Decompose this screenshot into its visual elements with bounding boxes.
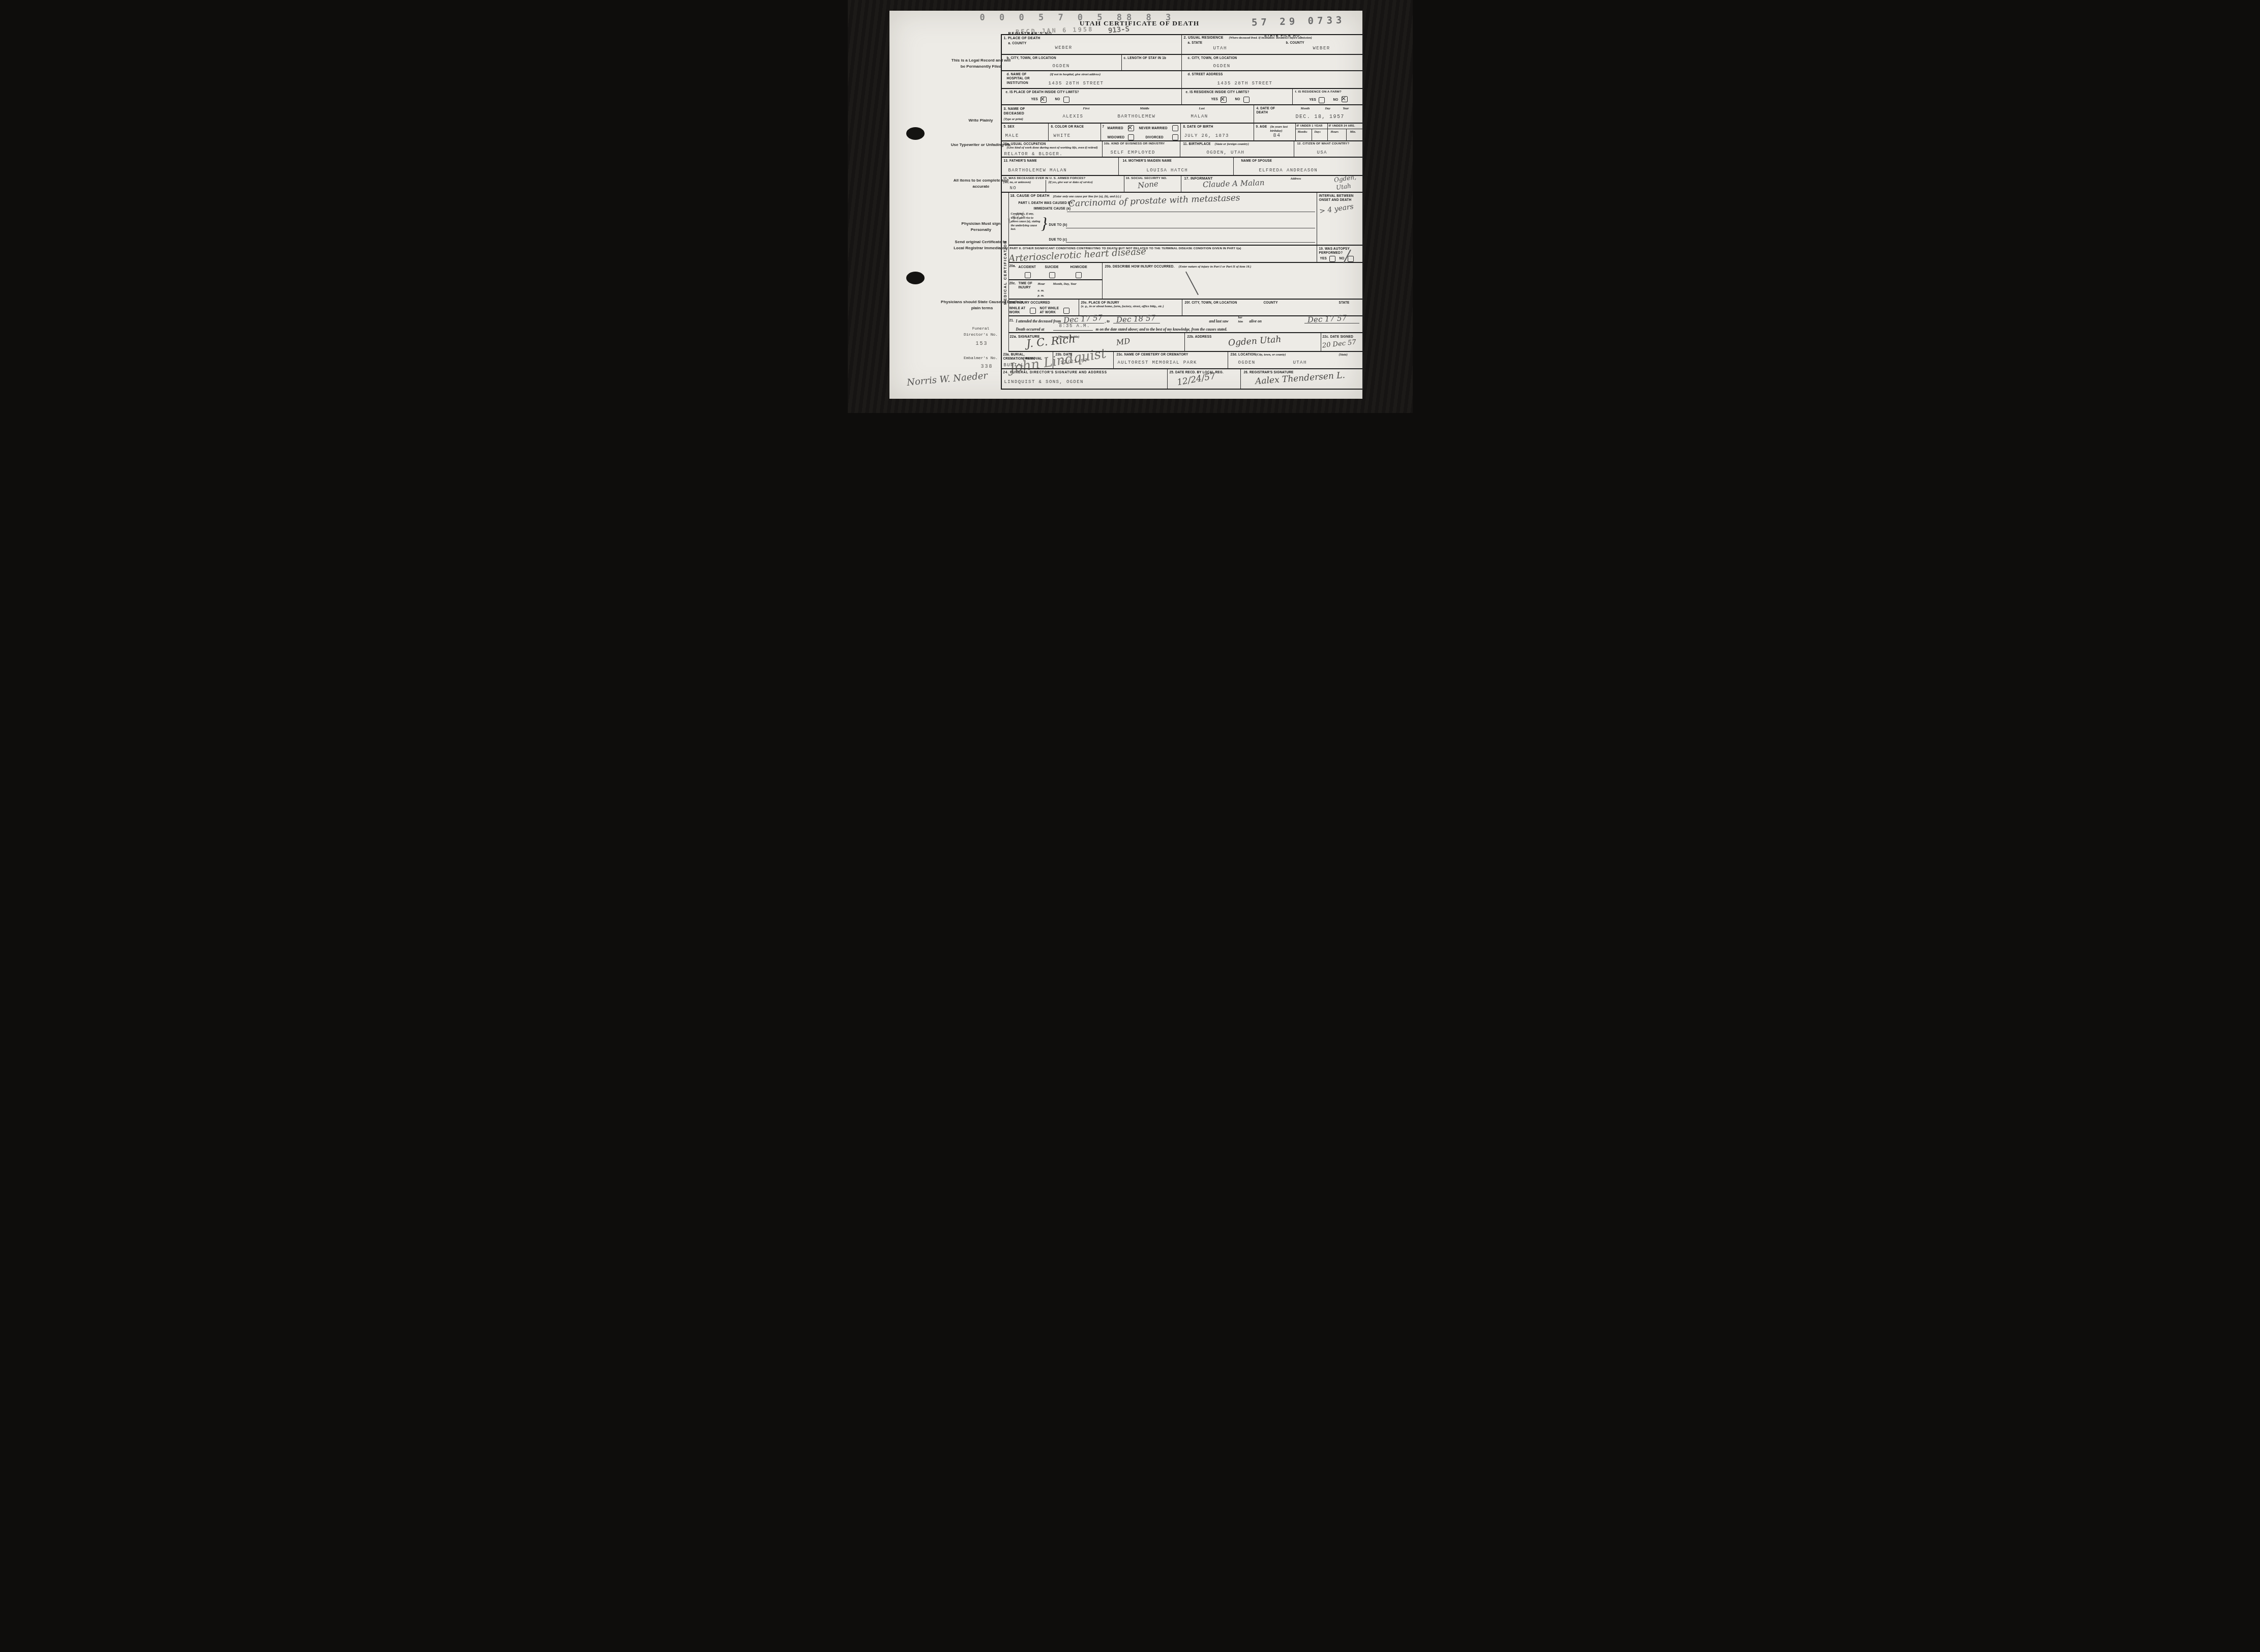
field-2d: d. STREET ADDRESS 1435 28TH STREET xyxy=(1182,71,1362,89)
field-1c: c. LENGTH OF STAY IN 1b xyxy=(1122,55,1182,71)
field-2f-yes-label: YES xyxy=(1310,98,1316,102)
field-7-widowed-checkbox xyxy=(1128,134,1134,140)
field-21-time-value: 8:35 A.M. xyxy=(1059,323,1090,329)
field-20a: 20a. ACCIDENT SUICIDE HOMICIDE xyxy=(1008,263,1103,280)
field-21-text6: m on the date stated above; and to the b… xyxy=(1096,327,1228,332)
field-15-hint1: (Yes, no, or unknown) xyxy=(1003,181,1031,184)
field-20b-label: 20b. DESCRIBE HOW INJURY OCCURRED. xyxy=(1105,265,1175,269)
field-18-interval: INTERVAL BETWEEN ONSET AND DEATH > 4 yea… xyxy=(1317,193,1362,246)
field-20c: 20c. TIME OF INJURY Hour Month, Day, Yea… xyxy=(1008,280,1103,300)
interval-value-handwritten: > 4 years xyxy=(1319,202,1354,215)
field-23d-location: 23d. LOCATION (City, town, or county) (S… xyxy=(1228,352,1362,369)
field-21-text3: and last saw xyxy=(1209,319,1229,323)
scanned-document: 0 0 0 5 7 0 5 88 8 3 RECD JAN 6 1958 REG… xyxy=(848,0,1413,413)
field-2a-value: UTAH xyxy=(1213,46,1227,51)
field-1e-no-checkbox xyxy=(1063,97,1069,103)
field-2e: e. IS RESIDENCE INSIDE CITY LIMITS? YES … xyxy=(1182,89,1293,105)
field-14-label: 14. MOTHER'S MAIDEN NAME xyxy=(1123,159,1172,163)
field-20e-hint: (e. g., in or about home, farm, factory,… xyxy=(1081,305,1178,309)
field-15-hint2: (If yes, give war or dates of service) xyxy=(1049,181,1093,184)
field-5-label: 5. SEX xyxy=(1004,125,1015,129)
funeral-director-no-value: 153 xyxy=(976,340,988,348)
field-6-label: 6. COLOR OR RACE xyxy=(1051,125,1084,129)
field-19-no-label: NO xyxy=(1340,257,1345,260)
field-8-label: 8. DATE OF BIRTH xyxy=(1183,125,1213,129)
field-18a-line xyxy=(1067,212,1315,212)
field-9-under-24-hrs: IF UNDER 24 HRS. Hours Min. xyxy=(1328,124,1362,141)
field-1d-label: d. NAME OF HOSPITAL OR INSTITUTION xyxy=(1007,73,1043,85)
field-17-informant: 17. INFORMANT Address Claude A Malan Ogd… xyxy=(1181,176,1362,193)
field-10a-occupation: 10a. USUAL OCCUPATION (Give kind of work… xyxy=(1002,141,1103,158)
field-10a-value: RELATOR & BLDGER. xyxy=(1004,152,1063,157)
field-1a-label: a. COUNTY xyxy=(1008,42,1027,45)
interval-label: INTERVAL BETWEEN ONSET AND DEATH xyxy=(1319,194,1359,203)
field-11-hint: (State or foreign country) xyxy=(1215,142,1249,146)
field-2d-label: d. STREET ADDRESS xyxy=(1188,73,1223,76)
field-1e-yes-checkbox xyxy=(1040,97,1047,103)
certificate-title: UTAH CERTIFICATE OF DEATH xyxy=(1068,19,1211,27)
field-20b: 20b. DESCRIBE HOW INJURY OCCURRED. (Ente… xyxy=(1103,263,1362,300)
field-20f-state-label: STATE xyxy=(1339,301,1350,305)
field-21-her-label: her xyxy=(1238,316,1242,319)
under-24-hrs-min-label: Min. xyxy=(1350,131,1356,134)
punch-hole-top xyxy=(906,127,925,140)
field-20f-label: 20f. CITY, TOWN, OR LOCATION xyxy=(1185,301,1237,305)
field-20d-label: 20d. INJURY OCCURRED xyxy=(1009,301,1050,305)
field-14-value: LOUISA HATCH xyxy=(1147,168,1188,173)
field-1-title: 1. PLACE OF DEATH xyxy=(1004,37,1040,40)
field-21-time-line xyxy=(1053,330,1093,331)
field-18c-label: DUE TO (c) xyxy=(1049,238,1067,242)
physician-degree-handwritten: MD xyxy=(1115,336,1131,347)
field-2d-value: 1435 28TH STREET xyxy=(1217,81,1273,86)
field-20c-am-label: a. m. xyxy=(1038,289,1045,292)
field-18c-line xyxy=(1066,242,1315,243)
field-1e: e. IS PLACE OF DEATH INSIDE CITY LIMITS?… xyxy=(1002,89,1182,105)
field-3-first-header: First xyxy=(1083,107,1090,110)
field-2b-label: b. COUNTY xyxy=(1286,41,1304,45)
field-part2: PART II. OTHER SIGNIFICANT CONDITIONS CO… xyxy=(1008,246,1317,263)
field-26-registrar-signature: 26. REGISTRAR'S SIGNATURE Aalex Thenders… xyxy=(1241,369,1362,389)
field-11-label: 11. BIRTHPLACE xyxy=(1183,142,1211,146)
field-13-value: BARTHOLEMEW MALAN xyxy=(1008,168,1067,173)
field-19-yes-label: YES xyxy=(1320,257,1327,260)
certificate-page: 0 0 0 5 7 0 5 88 8 3 RECD JAN 6 1958 REG… xyxy=(889,11,1362,399)
field-2e-label: e. IS RESIDENCE INSIDE CITY LIMITS? xyxy=(1186,91,1250,94)
field-20d-while-checkbox xyxy=(1030,308,1036,314)
field-18-label: 18. CAUSE OF DEATH xyxy=(1010,194,1050,198)
field-1d-hint: (If not in hospital, give street address… xyxy=(1050,73,1101,76)
field-22b-address: 22b. ADDRESS Ogden Utah xyxy=(1185,333,1321,352)
field-4-value: DEC. 18, 1957 xyxy=(1296,114,1345,120)
field-21-num: 21. xyxy=(1009,319,1014,322)
field-1c-label: c. LENGTH OF STAY IN 1b xyxy=(1124,56,1167,60)
field-2e-yes-label: YES xyxy=(1211,98,1218,101)
field-25-date-received: 25. DATE RECD. BY LOCAL REG. 12/24/57 xyxy=(1168,369,1241,389)
field-2c: c. CITY, TOWN, OR LOCATION OGDEN xyxy=(1182,55,1362,71)
field-2a-label: a. STATE xyxy=(1188,41,1203,45)
field-2f-label: f. IS RESIDENCE ON A FARM? xyxy=(1295,91,1342,94)
field-7-never-married-label: NEVER MARRIED xyxy=(1139,127,1168,130)
field-22b-value-handwritten: Ogden Utah xyxy=(1228,334,1282,348)
field-3-last-header: Last xyxy=(1199,107,1205,110)
field-7-divorced-label: DIVORCED xyxy=(1146,136,1164,139)
field-1e-no-label: NO xyxy=(1055,98,1060,101)
field-10b-label: 10b. KIND OF BUSINESS OR INDUSTRY xyxy=(1104,142,1165,145)
field-21-line3 xyxy=(1304,323,1359,323)
field-2f-yes-checkbox xyxy=(1319,97,1325,103)
field-6-value: WHITE xyxy=(1054,133,1071,138)
field-18-part1-label: PART I. DEATH WAS CAUSED BY: xyxy=(1019,201,1074,205)
field-21-line2 xyxy=(1113,323,1160,323)
field-2f-no-label: NO xyxy=(1333,98,1339,102)
field-7-never-married-checkbox xyxy=(1172,125,1178,131)
field-16-value-handwritten: None xyxy=(1137,179,1158,190)
field-10a-hint: (Give kind of work done during most of w… xyxy=(1007,146,1099,150)
field-2-title: 2. USUAL RESIDENCE xyxy=(1184,36,1224,40)
field-13-father-name: 13. FATHER'S NAME BARTHOLEMEW MALAN xyxy=(1002,158,1119,176)
field-21-text1: I attended the deceased from xyxy=(1016,319,1061,323)
field-2-hint: (Where deceased lived. If institution: R… xyxy=(1229,37,1312,40)
field-9-age: 9. AGE (In years last birthday) 84 xyxy=(1254,124,1296,141)
field-19-autopsy: 19. WAS AUTOPSY PERFORMED? YES NO xyxy=(1317,246,1362,263)
field-3-first-value: ALEXIS xyxy=(1063,114,1084,119)
field-16-ssn: 16. SOCIAL SECURITY NO. None xyxy=(1124,176,1181,193)
field-7-divorced-checkbox xyxy=(1172,134,1178,140)
field-21-him-label: him xyxy=(1238,320,1243,323)
under-24-hrs-hours-label: Hours xyxy=(1331,131,1339,134)
field-spouse-name: NAME OF SPOUSE ELFREDA ANDREASON xyxy=(1234,158,1362,176)
field-23d-label: 23d. LOCATION xyxy=(1231,353,1256,357)
field-20c-pm-label: p. m. xyxy=(1038,294,1045,298)
field-1b-label: b. CITY, TOWN, OR LOCATION xyxy=(1007,56,1056,60)
field-15-label: 15. WAS DECEASED EVER IN U. S. ARMED FOR… xyxy=(1003,177,1086,180)
field-9-under-1-year: IF UNDER 1 YEAR Months Days xyxy=(1296,124,1328,141)
field-20a-homicide-label: HOMICIDE xyxy=(1070,265,1088,269)
field-21-attended: 21. I attended the deceased from Dec 17 … xyxy=(1008,316,1362,333)
field-2-usual-residence: 2. USUAL RESIDENCE (Where deceased lived… xyxy=(1182,35,1362,55)
field-1b: b. CITY, TOWN, OR LOCATION OGDEN xyxy=(1002,55,1122,71)
field-20d-while-label: WHILE AT WORK xyxy=(1009,307,1029,315)
field-23d-state-hint: (State) xyxy=(1339,353,1348,357)
field-3-name-of-deceased: 3. NAME OF DECEASED (Type or print) Firs… xyxy=(1002,105,1254,124)
field-10b-industry: 10b. KIND OF BUSINESS OR INDUSTRY SELF E… xyxy=(1103,141,1180,158)
field-19-yes-checkbox xyxy=(1329,256,1335,262)
under-1-year-label: IF UNDER 1 YEAR xyxy=(1297,125,1323,128)
field-2f: f. IS RESIDENCE ON A FARM? YES NO xyxy=(1293,89,1362,105)
field-20a-homicide-checkbox xyxy=(1076,272,1082,278)
field-15-value: NO xyxy=(1010,186,1017,191)
field-1d: d. NAME OF HOSPITAL OR INSTITUTION (If n… xyxy=(1002,71,1182,89)
field-20a-suicide-checkbox xyxy=(1049,272,1055,278)
field-17-value-handwritten: Claude A Malan xyxy=(1202,178,1264,189)
field-7-marital-status: 7 MARRIED NEVER MARRIED WIDOWED DIVORCED xyxy=(1101,124,1181,141)
field-23c-cemetery: 23c. NAME OF CEMETERY OR CREMATORY AULTO… xyxy=(1114,352,1228,369)
field-12-citizen: 12. CITIZEN OF WHAT COUNTRY? USA xyxy=(1294,141,1362,158)
field-23d-city-value: OGDEN xyxy=(1238,360,1256,365)
field-1e-yes-label: YES xyxy=(1031,98,1038,101)
field-20e-label: 20e. PLACE OF INJURY xyxy=(1081,301,1120,305)
field-20c-num: 20c. xyxy=(1009,282,1016,285)
field-17-address-label: Address xyxy=(1291,177,1301,181)
field-10b-value: SELF EMPLOYED xyxy=(1111,150,1155,155)
field-2c-label: c. CITY, TOWN, OR LOCATION xyxy=(1188,56,1237,60)
punch-hole-bottom xyxy=(906,272,925,284)
medical-certification-label: MEDICAL CERTIFICATION xyxy=(1003,240,1007,305)
embalmer-no-value: 338 xyxy=(981,363,993,371)
field-1a-value: WEBER xyxy=(1055,45,1073,50)
field-20f-county-label: COUNTY xyxy=(1264,301,1278,305)
field-3-title: 3. NAME OF DECEASED xyxy=(1004,107,1035,116)
field-22c-date-signed: 22c. DATE SIGNED 20 Dec 57 xyxy=(1321,333,1362,352)
field-21-text2: , to xyxy=(1105,319,1110,323)
field-23c-label: 23c. NAME OF CEMETERY OR CREMATORY xyxy=(1117,353,1188,357)
field-24-value: LINDQUIST & SONS, OGDEN xyxy=(1004,379,1084,385)
field-2c-value: OGDEN xyxy=(1213,64,1231,69)
field-3-hint: (Type or print) xyxy=(1004,117,1023,121)
field-9-value: 84 xyxy=(1273,133,1281,139)
field-23c-value: AULTOREST MEMORIAL PARK xyxy=(1118,360,1197,365)
field-5-sex: 5. SEX MALE xyxy=(1002,124,1049,141)
field-20a-accident-label: ACCIDENT xyxy=(1019,265,1036,269)
field-spouse-label: NAME OF SPOUSE xyxy=(1241,159,1272,163)
field-2e-no-checkbox xyxy=(1243,97,1250,103)
field-3-middle-value: BARTHOLEMEW xyxy=(1118,114,1156,119)
field-20a-accident-checkbox xyxy=(1025,272,1031,278)
field-12-label: 12. CITIZEN OF WHAT COUNTRY? xyxy=(1297,142,1350,145)
field-21-text5: Death occurred at xyxy=(1016,327,1045,332)
field-18-cause-of-death: 18. CAUSE OF DEATH [Enter only one cause… xyxy=(1008,193,1317,246)
field-7-married-label: MARRIED xyxy=(1108,127,1123,130)
field-20c-mdy-label: Month, Day, Year xyxy=(1053,282,1077,286)
field-3-middle-header: Middle xyxy=(1140,107,1149,110)
field-23d-hint: (City, town, or county) xyxy=(1256,353,1286,357)
field-6-color-or-race: 6. COLOR OR RACE WHITE xyxy=(1049,124,1101,141)
field-13-label: 13. FATHER'S NAME xyxy=(1004,159,1037,163)
field-9-label: 9. AGE xyxy=(1256,125,1267,129)
field-20d-not-while-checkbox xyxy=(1063,308,1069,314)
field-2e-yes-checkbox xyxy=(1221,97,1227,103)
field-2b-value: WEBER xyxy=(1313,46,1330,51)
field-1-place-of-death: 1. PLACE OF DEATH a. COUNTY WEBER xyxy=(1002,35,1182,55)
certificate-form: MEDICAL CERTIFICATION 1. PLACE OF DEATH … xyxy=(1001,34,1363,390)
field-3-last-value: MALAN xyxy=(1191,114,1208,119)
field-20a-num: 20a. xyxy=(1009,264,1016,268)
field-20c-label: TIME OF INJURY xyxy=(1019,282,1036,290)
field-5-value: MALE xyxy=(1005,133,1019,138)
field-4-date-of-death: 4. DATE OF DEATH Month Day Year DEC. 18,… xyxy=(1254,105,1362,124)
under-1-year-days-label: Days xyxy=(1315,131,1321,134)
field-21-text4: alive on xyxy=(1250,319,1262,323)
field-4-label: 4. DATE OF DEATH xyxy=(1257,107,1276,115)
state-file-number-stamp: 57 29 0733 xyxy=(1251,15,1345,28)
field-11-birthplace: 11. BIRTHPLACE (State or foreign country… xyxy=(1180,141,1294,158)
field-19-no-checkbox xyxy=(1348,256,1354,262)
field-9-hint: (In years last birthday) xyxy=(1270,125,1295,133)
embalmer-signature-handwritten: Norris W. Naeder xyxy=(906,370,988,388)
field-15-armed-forces: 15. WAS DECEASED EVER IN U. S. ARMED FOR… xyxy=(1002,176,1124,193)
field-18-conditions-hint: Conditions, if any, which gave rise to a… xyxy=(1011,213,1042,232)
field-4-year-header: Year xyxy=(1343,107,1349,110)
field-10a-label: 10a. USUAL OCCUPATION xyxy=(1003,142,1046,146)
field-20b-slash-mark xyxy=(1185,272,1198,296)
field-2f-no-checkbox xyxy=(1342,96,1348,102)
field-7-widowed-label: WIDOWED xyxy=(1108,136,1125,139)
field-1b-value: OGDEN xyxy=(1053,64,1070,69)
field-20d: 20d. INJURY OCCURRED WHILE AT WORK NOT W… xyxy=(1008,300,1079,316)
field-20a-suicide-label: SUICIDE xyxy=(1045,265,1059,269)
field-8-value: JULY 26, 1873 xyxy=(1184,133,1229,138)
field-23d-state-value: UTAH xyxy=(1293,360,1307,365)
field-18b-label: DUE TO (b) xyxy=(1049,223,1067,227)
under-1-year-months-label: Months xyxy=(1298,131,1307,134)
field-2e-no-label: NO xyxy=(1235,98,1240,101)
field-22b-label: 22b. ADDRESS xyxy=(1187,335,1212,339)
field-16-label: 16. SOCIAL SECURITY NO. xyxy=(1126,177,1167,180)
field-14-mother-maiden-name: 14. MOTHER'S MAIDEN NAME LOUISA HATCH xyxy=(1119,158,1234,176)
field-17-address2-handwritten: Utah xyxy=(1335,182,1351,191)
field-1d-value: 1435 28TH STREET xyxy=(1049,81,1104,86)
field-1e-label: e. IS PLACE OF DEATH INSIDE CITY LIMITS? xyxy=(1006,91,1079,94)
field-22c-value-handwritten: 20 Dec 57 xyxy=(1322,339,1356,350)
field-20b-hint: (Enter nature of injury in Part I or Par… xyxy=(1179,265,1252,269)
field-spouse-value: ELFREDA ANDREASON xyxy=(1259,168,1318,173)
field-18-immediate-label: IMMEDIATE CAUSE (a) xyxy=(1034,207,1071,211)
field-4-month-header: Month xyxy=(1301,107,1310,110)
field-4-day-header: Day xyxy=(1325,107,1331,110)
under-24-hrs-label: IF UNDER 24 HRS. xyxy=(1329,125,1355,128)
field-18-brace: } xyxy=(1041,214,1048,233)
field-11-value: OGDEN, UTAH xyxy=(1207,150,1245,155)
field-20c-hour-label: Hour xyxy=(1038,282,1045,286)
field-7-married-checkbox xyxy=(1128,125,1134,131)
field-20d-not-while-label: NOT WHILE AT WORK xyxy=(1040,307,1061,315)
field-18b-line xyxy=(1066,228,1315,228)
field-12-value: USA xyxy=(1317,150,1327,155)
field-8-date-of-birth: 8. DATE OF BIRTH JULY 26, 1873 xyxy=(1181,124,1254,141)
